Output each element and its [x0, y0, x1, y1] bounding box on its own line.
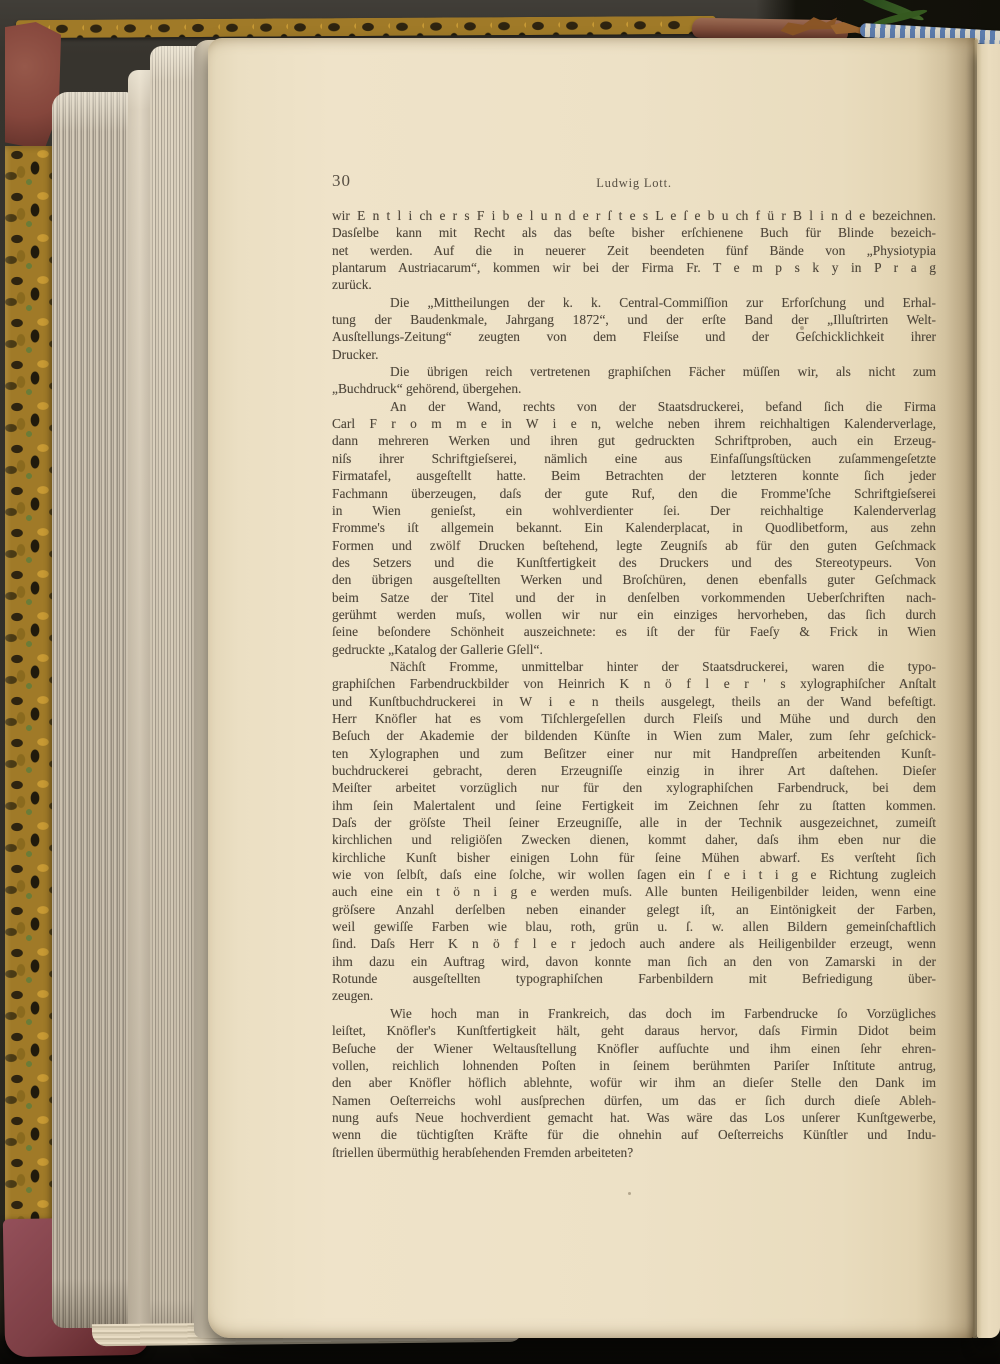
- text-line: Namen Oeſterreichs wohl ausſprechen dürf…: [332, 1092, 936, 1109]
- text-line: nung aufs Neue hochverdient gemacht hat.…: [332, 1109, 936, 1126]
- text-line: zurück.: [332, 276, 936, 293]
- text-line: Meiſter arbeitet vorzüglich nur für den …: [332, 779, 936, 796]
- text-line: Die „Mittheilungen der k. k. Central-Com…: [332, 294, 936, 311]
- book-cover-top-edge: [16, 16, 716, 38]
- paragraph: Nächſt Fromme, unmittelbar hinter der St…: [332, 658, 936, 1005]
- text-line: vollen, reichlich lohnenden Poſten in ſe…: [332, 1057, 936, 1074]
- text-line: den aber Knöfler höflich ablehnte, wofür…: [332, 1074, 936, 1091]
- text-line: Wie hoch man in Frankreich, das doch im …: [332, 1005, 936, 1022]
- text-line: Firmatafel, ausgeſtellt hatte. Beim Betr…: [332, 467, 936, 484]
- text-line: in Wien genieſst, ein wohlverdienter ſei…: [332, 502, 936, 519]
- text-line: kirchliche Kunſt bisher einigen Lohn für…: [332, 849, 936, 866]
- text-line: Dasſelbe kann mit Recht als das beſte bi…: [332, 224, 936, 241]
- text-line: wie von ſelbſt, daſs eine ſolche, wir wo…: [332, 866, 936, 883]
- text-line: ten Xylographen und zum Beſitzer einer n…: [332, 745, 936, 762]
- text-line: Carl F r o m m e in W i e n, welche nebe…: [332, 415, 936, 432]
- text-line: Beſuche der Wiener Weltausſtellung Knöfl…: [332, 1040, 936, 1057]
- text-line: Formen und zwölf Drucken beſtehend, legt…: [332, 537, 936, 554]
- text-line: Beſuch der Akademie der bildenden Künſte…: [332, 727, 936, 744]
- text-line: buchdruckerei gebracht, deren Erzeugniſſ…: [332, 762, 936, 779]
- text-line: Rotunde ausgeſtellten typographiſchen Fa…: [332, 970, 936, 987]
- text-line: ſtriellen übermüthig herabſehenden Fremd…: [332, 1144, 936, 1161]
- text-line: tung der Baudenkmale, Jahrgang 1872“, un…: [332, 311, 936, 328]
- text-line: „Buchdruck“ gehörend, übergehen.: [332, 380, 936, 397]
- text-line: ihm ſein Malertalent und ſeine Fertigkei…: [332, 797, 936, 814]
- text-line: weil gewiſſe Farben wie blau, roth, grün…: [332, 918, 936, 935]
- text-line: auch eine ein t ö n i g e werden muſs. A…: [332, 883, 936, 900]
- text-line: Daſs der gröſste Theil ſeiner Erzeugniſſ…: [332, 814, 936, 831]
- text-line: gedruckte „Katalog der Gallerie Gſell“.: [332, 641, 936, 658]
- text-line: net werden. Auf die in neuerer Zeit been…: [332, 242, 936, 259]
- paper-speck: [628, 1192, 631, 1195]
- text-line: An der Wand, rechts von der Staatsdrucke…: [332, 398, 936, 415]
- text-line: Fromme's iſt allgemein bekannt. Ein Kale…: [332, 519, 936, 536]
- text-line: beim Satze der Titel und der in denſelbe…: [332, 589, 936, 606]
- text-line: dann mehreren Werken und ihren gut gedru…: [332, 432, 936, 449]
- text-line: Drucker.: [332, 346, 936, 363]
- text-line: den übrigen ausgeſtellten Werken und Bro…: [332, 571, 936, 588]
- facing-page-edge: [977, 44, 1000, 1338]
- paragraph: wir E n t l i ch e r s F i b e l u n d e…: [332, 207, 936, 294]
- page-edge-stack: [128, 70, 152, 1332]
- marbled-cover-edge: [5, 146, 55, 1222]
- text-line: zeugen.: [332, 987, 936, 1004]
- running-header: Ludwig Lott.: [332, 176, 936, 191]
- text-line: graphiſchen Farbendruckbilder von Heinri…: [332, 675, 936, 692]
- text-line: Nächſt Fromme, unmittelbar hinter der St…: [332, 658, 936, 675]
- text-line: Fachmann überzeugen, daſs der gute Ruf, …: [332, 485, 936, 502]
- text-line: ſeine beſondere Schönheit auszeichnete: …: [332, 623, 936, 640]
- text-line: des Setzers und die Kunſtfertigkeit des …: [332, 554, 936, 571]
- paragraph: Die übrigen reich vertretenen graphiſche…: [332, 363, 936, 398]
- text-line: wenn die tüchtigſten Kräfte für die ohne…: [332, 1126, 936, 1143]
- text-line: plantarum Austriacarum“, kommen wir bei …: [332, 259, 936, 276]
- text-line: Die übrigen reich vertretenen graphiſche…: [332, 363, 936, 380]
- text-line: niſs ihrer Schriftgieſserei, nämlich ein…: [332, 450, 936, 467]
- text-line: leiſtet, Knöfler's Kunſtfertigkeit hält,…: [332, 1022, 936, 1039]
- paragraph: An der Wand, rechts von der Staatsdrucke…: [332, 398, 936, 658]
- text-line: Ausſtellungs-Zeitung“ zeugten von dem Fl…: [332, 328, 936, 345]
- paragraph: Die „Mittheilungen der k. k. Central-Com…: [332, 294, 936, 363]
- paragraph: Wie hoch man in Frankreich, das doch im …: [332, 1005, 936, 1161]
- text-line: ſind. Daſs Herr K n ö f l e r jedoch auc…: [332, 935, 936, 952]
- text-line: gröſsere Anzahl derſelben neben einander…: [332, 901, 936, 918]
- text-line: wir E n t l i ch e r s F i b e l u n d e…: [332, 207, 936, 224]
- text-line: und Kunſtbuchdruckerei in W i e n theils…: [332, 693, 936, 710]
- text-line: kirchlichen und religiöſen Zwecken diene…: [332, 831, 936, 848]
- page-edge-stack: [52, 92, 130, 1328]
- page-edge-stack: [150, 46, 198, 1338]
- text-line: ihm dazu ein Auftrag wird, davon konnte …: [332, 953, 936, 970]
- text-line: Herr Knöfler hat es vom Tiſchlergeſellen…: [332, 710, 936, 727]
- page-text: wir E n t l i ch e r s F i b e l u n d e…: [332, 207, 936, 1161]
- text-line: gerühmt werden muſs, wollen wir nur ein …: [332, 606, 936, 623]
- book-scan: 30 Ludwig Lott. wir E n t l i ch e r s F…: [0, 0, 1000, 1364]
